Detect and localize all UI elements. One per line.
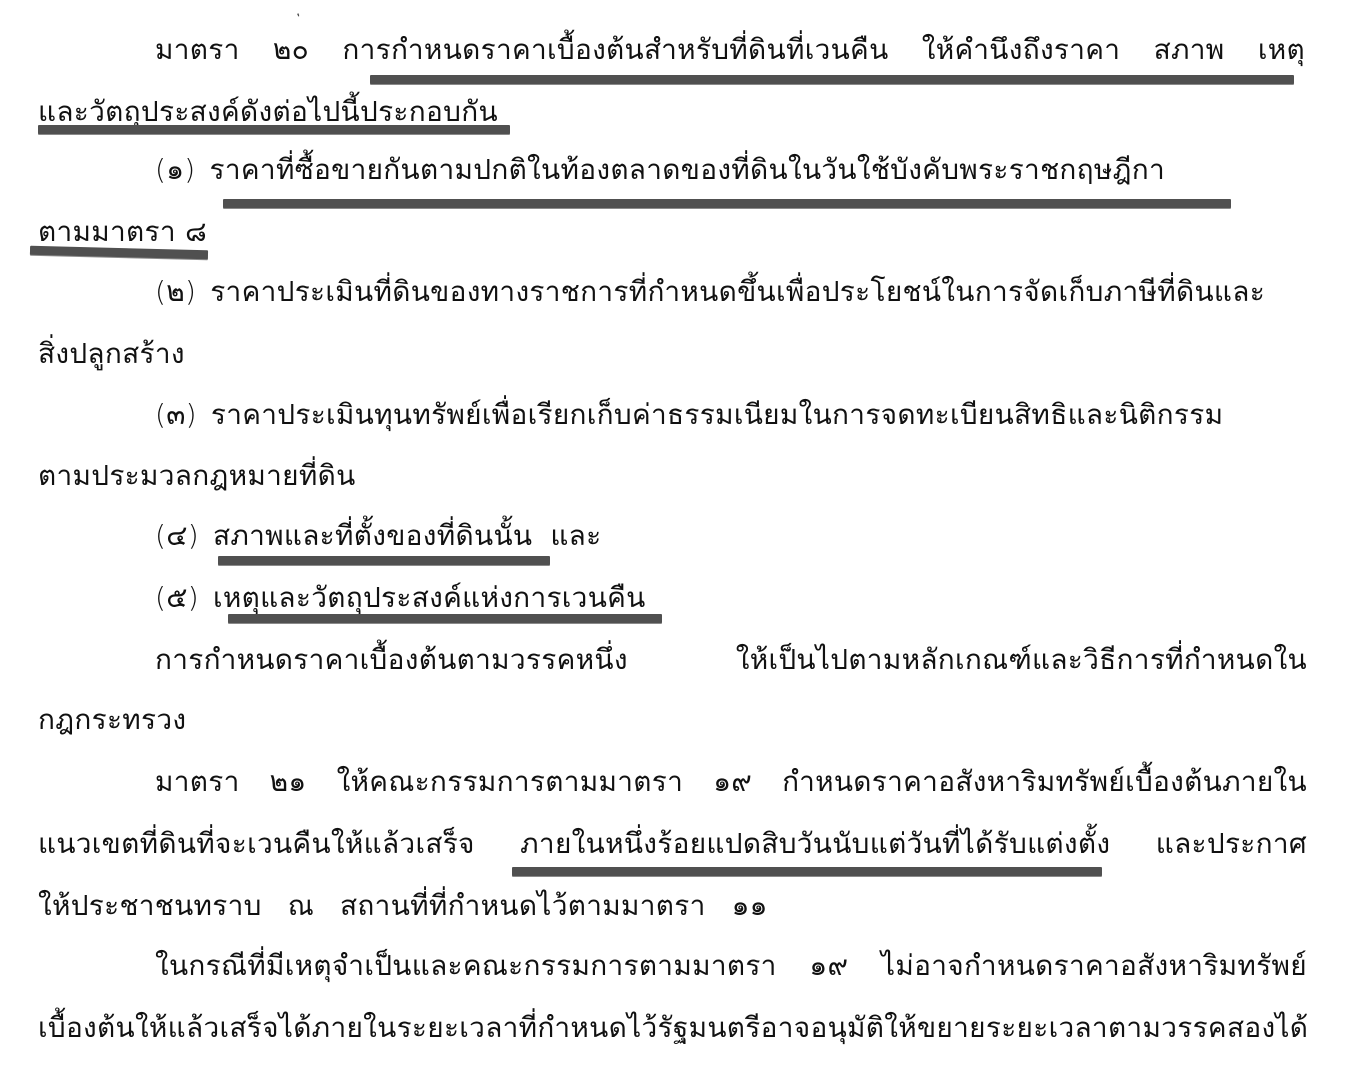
- section-20-line-1: มาตรา ๒๐ การกำหนดราคาเบื้องต้นสำหรับที่ด…: [155, 30, 1305, 70]
- text-segment: และประกาศ: [1156, 824, 1307, 864]
- item-number: (๕): [155, 578, 199, 618]
- top-cropped-mark: ุ: [300, 0, 306, 8]
- item-3-line-1: (๓) ราคาประเมินทุนทรัพย์เพื่อเรียกเก็บค่…: [155, 395, 1307, 435]
- item-text: ราคาประเมินที่ดินของทางราชการที่กำหนดขึ้…: [210, 272, 1265, 312]
- item-text: ราคาที่ซื้อขายกันตามปกติในท้องตลาดของที่…: [210, 150, 1307, 190]
- highlight-underline: [38, 125, 510, 134]
- text-segment: สภาพ: [1154, 30, 1225, 70]
- highlight-underline: [370, 75, 1294, 84]
- section-number: ๑๙: [809, 946, 848, 986]
- text-segment: ในกรณีที่มีเหตุจำเป็นและคณะกรรมการตามมาต…: [155, 946, 777, 986]
- section-21-line-2: แนวเขตที่ดินที่จะเวนคืนให้แล้วเสร็จ ภายใ…: [38, 824, 1307, 864]
- text-segment: ให้ประชาชนทราบ: [38, 886, 262, 926]
- document-page: ุ มาตรา ๒๐ การกำหนดราคาเบื้องต้นสำหรับที…: [0, 0, 1356, 1085]
- section-21-para-2-line-1: ในกรณีที่มีเหตุจำเป็นและคณะกรรมการตามมาต…: [155, 946, 1307, 986]
- highlight-underline: [512, 867, 1102, 876]
- text-segment: แนวเขตที่ดินที่จะเวนคืนให้แล้วเสร็จ: [38, 824, 475, 864]
- item-number: (๑): [155, 150, 196, 190]
- text-segment: ณ: [288, 886, 314, 926]
- text-segment: สถานที่ที่กำหนดไว้ตามมาตรา: [340, 886, 706, 926]
- text-segment: การกำหนดราคาเบื้องต้นสำหรับที่ดินที่เวนค…: [342, 30, 888, 70]
- paragraph-2-line-2: กฎกระทรวง: [38, 700, 186, 740]
- text-segment: ให้คณะกรรมการตามมาตรา: [337, 762, 684, 802]
- highlight-underline: [223, 199, 1231, 208]
- item-suffix: และ: [550, 516, 601, 556]
- item-2-line-2: สิ่งปลูกสร้าง: [38, 334, 185, 374]
- item-5-line: (๕) เหตุและวัตถุประสงค์แห่งการเวนคืน: [155, 578, 646, 618]
- highlight-underline: [218, 556, 550, 565]
- section-number: ๒๑: [270, 762, 307, 802]
- text-segment: กำหนดราคาอสังหาริมทรัพย์เบื้องต้นภายใน: [782, 762, 1307, 802]
- text-segment: ให้คำนึงถึงราคา: [922, 30, 1121, 70]
- paragraph-2-line-1: การกำหนดราคาเบื้องต้นตามวรรคหนึ่ง ให้เป็…: [155, 640, 1307, 680]
- text-segment: เหตุ: [1258, 30, 1305, 70]
- section-label: มาตรา: [155, 30, 240, 70]
- item-text: สภาพและที่ตั้งของที่ดินนั้น: [213, 516, 532, 556]
- text-segment: การกำหนดราคาเบื้องต้นตามวรรคหนึ่ง: [155, 640, 628, 680]
- item-4-line: (๔) สภาพและที่ตั้งของที่ดินนั้น และ: [155, 516, 601, 556]
- item-text: เหตุและวัตถุประสงค์แห่งการเวนคืน: [213, 578, 646, 618]
- section-number: ๒๐: [273, 30, 309, 70]
- text-segment: เบื้องต้นให้แล้วเสร็จได้ภายในระยะเวลาที่…: [38, 1008, 658, 1048]
- section-number: ๑๑: [732, 886, 768, 926]
- item-number: (๒): [155, 272, 196, 312]
- item-1-line-1: (๑) ราคาที่ซื้อขายกันตามปกติในท้องตลาดขอ…: [155, 150, 1307, 190]
- section-21-line-1: มาตรา ๒๑ ให้คณะกรรมการตามมาตรา ๑๙ กำหนดร…: [155, 762, 1307, 802]
- item-text: ราคาประเมินทุนทรัพย์เพื่อเรียกเก็บค่าธรร…: [211, 395, 1223, 435]
- highlighted-text: ภายในหนึ่งร้อยแปดสิบวันนับแต่วันที่ได้รั…: [520, 824, 1110, 864]
- item-number: (๔): [155, 516, 199, 556]
- text-segment: ๑๙: [713, 762, 752, 802]
- text-segment: ไม่อาจกำหนดราคาอสังหาริมทรัพย์: [881, 946, 1307, 986]
- section-21-line-3: ให้ประชาชนทราบ ณ สถานที่ที่กำหนดไว้ตามมา…: [38, 886, 768, 926]
- section-21-para-2-line-2: เบื้องต้นให้แล้วเสร็จได้ภายในระยะเวลาที่…: [38, 1008, 1307, 1048]
- text-segment: รัฐมนตรีอาจอนุมัติให้ขยายระยะเวลาตามวรรค…: [658, 1008, 1309, 1048]
- item-2-line-1: (๒) ราคาประเมินที่ดินของทางราชการที่กำหน…: [155, 272, 1307, 312]
- item-number: (๓): [155, 395, 197, 435]
- highlight-underline: [228, 614, 662, 623]
- item-3-line-2: ตามประมวลกฎหมายที่ดิน: [38, 456, 356, 496]
- text-segment: ให้เป็นไปตามหลักเกณฑ์และวิธีการที่กำหนดใ…: [736, 640, 1307, 680]
- section-label: มาตรา: [155, 762, 240, 802]
